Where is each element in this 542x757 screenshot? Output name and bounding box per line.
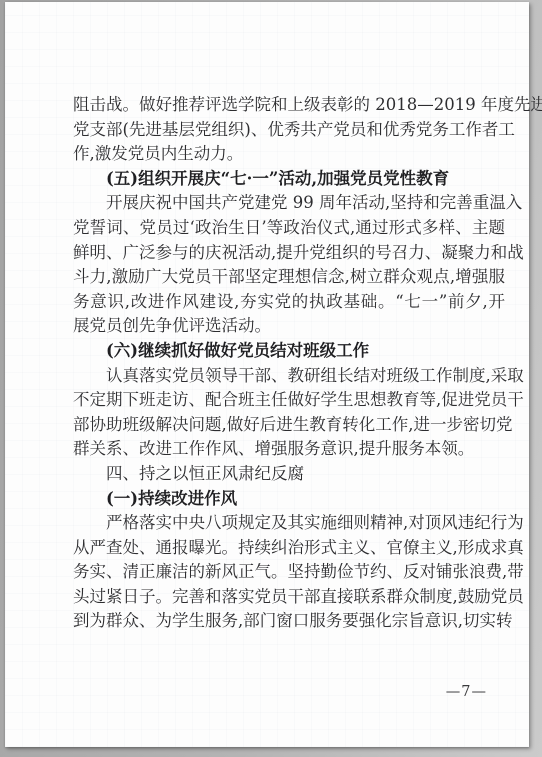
section-heading: 四、持之以恒正风肃纪反腐 bbox=[73, 462, 505, 487]
text-line: 部协助班级解决问题,做好后进生教育转化工作,进一步密切党 bbox=[73, 413, 505, 438]
section-heading: (五)组织开展庆“七·一”活动,加强党员党性教育 bbox=[73, 167, 505, 192]
text-line: 开展庆祝中国共产党建党 99 周年活动,坚持和完善重温入 bbox=[73, 191, 505, 216]
scan-background: { "document": { "blocks": [ { "type": "p… bbox=[0, 0, 542, 757]
text-line: 党支部(先进基层党组织)、优秀共产党员和优秀党务工作者工 bbox=[73, 118, 505, 143]
text-line: 作,激发党员内生动力。 bbox=[73, 142, 505, 167]
document-page: 阻击战。做好推荐评选学院和上级表彰的 2018—2019 年度先进党支部(先进基… bbox=[5, 2, 529, 747]
text-line: 到为群众、为学生服务,部门窗口服务要强化宗旨意识,切实转 bbox=[73, 609, 505, 634]
text-line: 认真落实党员领导干部、教研组长结对班级工作制度,采取 bbox=[73, 364, 505, 389]
section-heading: (六)继续抓好做好党员结对班级工作 bbox=[73, 339, 505, 364]
text-line: 严格落实中央八项规定及其实施细则精神,对顶风违纪行为 bbox=[73, 511, 505, 536]
text-line: 务实、清正廉洁的新风正气。坚持勤俭节约、反对铺张浪费,带 bbox=[73, 560, 505, 585]
text-line: 群关系、改进工作作风、增强服务意识,提升服务本领。 bbox=[73, 437, 505, 462]
text-line: 从严查处、通报曝光。持续纠治形式主义、官僚主义,形成求真 bbox=[73, 536, 505, 561]
document-body: 阻击战。做好推荐评选学院和上级表彰的 2018—2019 年度先进党支部(先进基… bbox=[73, 93, 505, 634]
section-heading: (一)持续改进作风 bbox=[73, 487, 505, 512]
text-line: 斗力,激励广大党员干部坚定理想信念,树立群众观点,增强服 bbox=[73, 265, 505, 290]
text-line: 不定期下班走访、配合班主任做好学生思想教育等,促进党员干 bbox=[73, 388, 505, 413]
text-line: 阻击战。做好推荐评选学院和上级表彰的 2018—2019 年度先进 bbox=[73, 93, 505, 118]
page-number: —7— bbox=[446, 684, 487, 700]
text-line: 务意识,改进作风建设,夯实党的执政基础。“七一”前夕,开 bbox=[73, 290, 505, 315]
text-line: 党誓词、党员过‘政治生日’等政治仪式,通过形式多样、主题 bbox=[73, 216, 505, 241]
text-line: 鲜明、广泛参与的庆祝活动,提升党组织的号召力、凝聚力和战 bbox=[73, 241, 505, 266]
text-line: 展党员创先争优评选活动。 bbox=[73, 314, 505, 339]
text-line: 头过紧日子。完善和落实党员干部直接联系群众制度,鼓励党员 bbox=[73, 585, 505, 610]
